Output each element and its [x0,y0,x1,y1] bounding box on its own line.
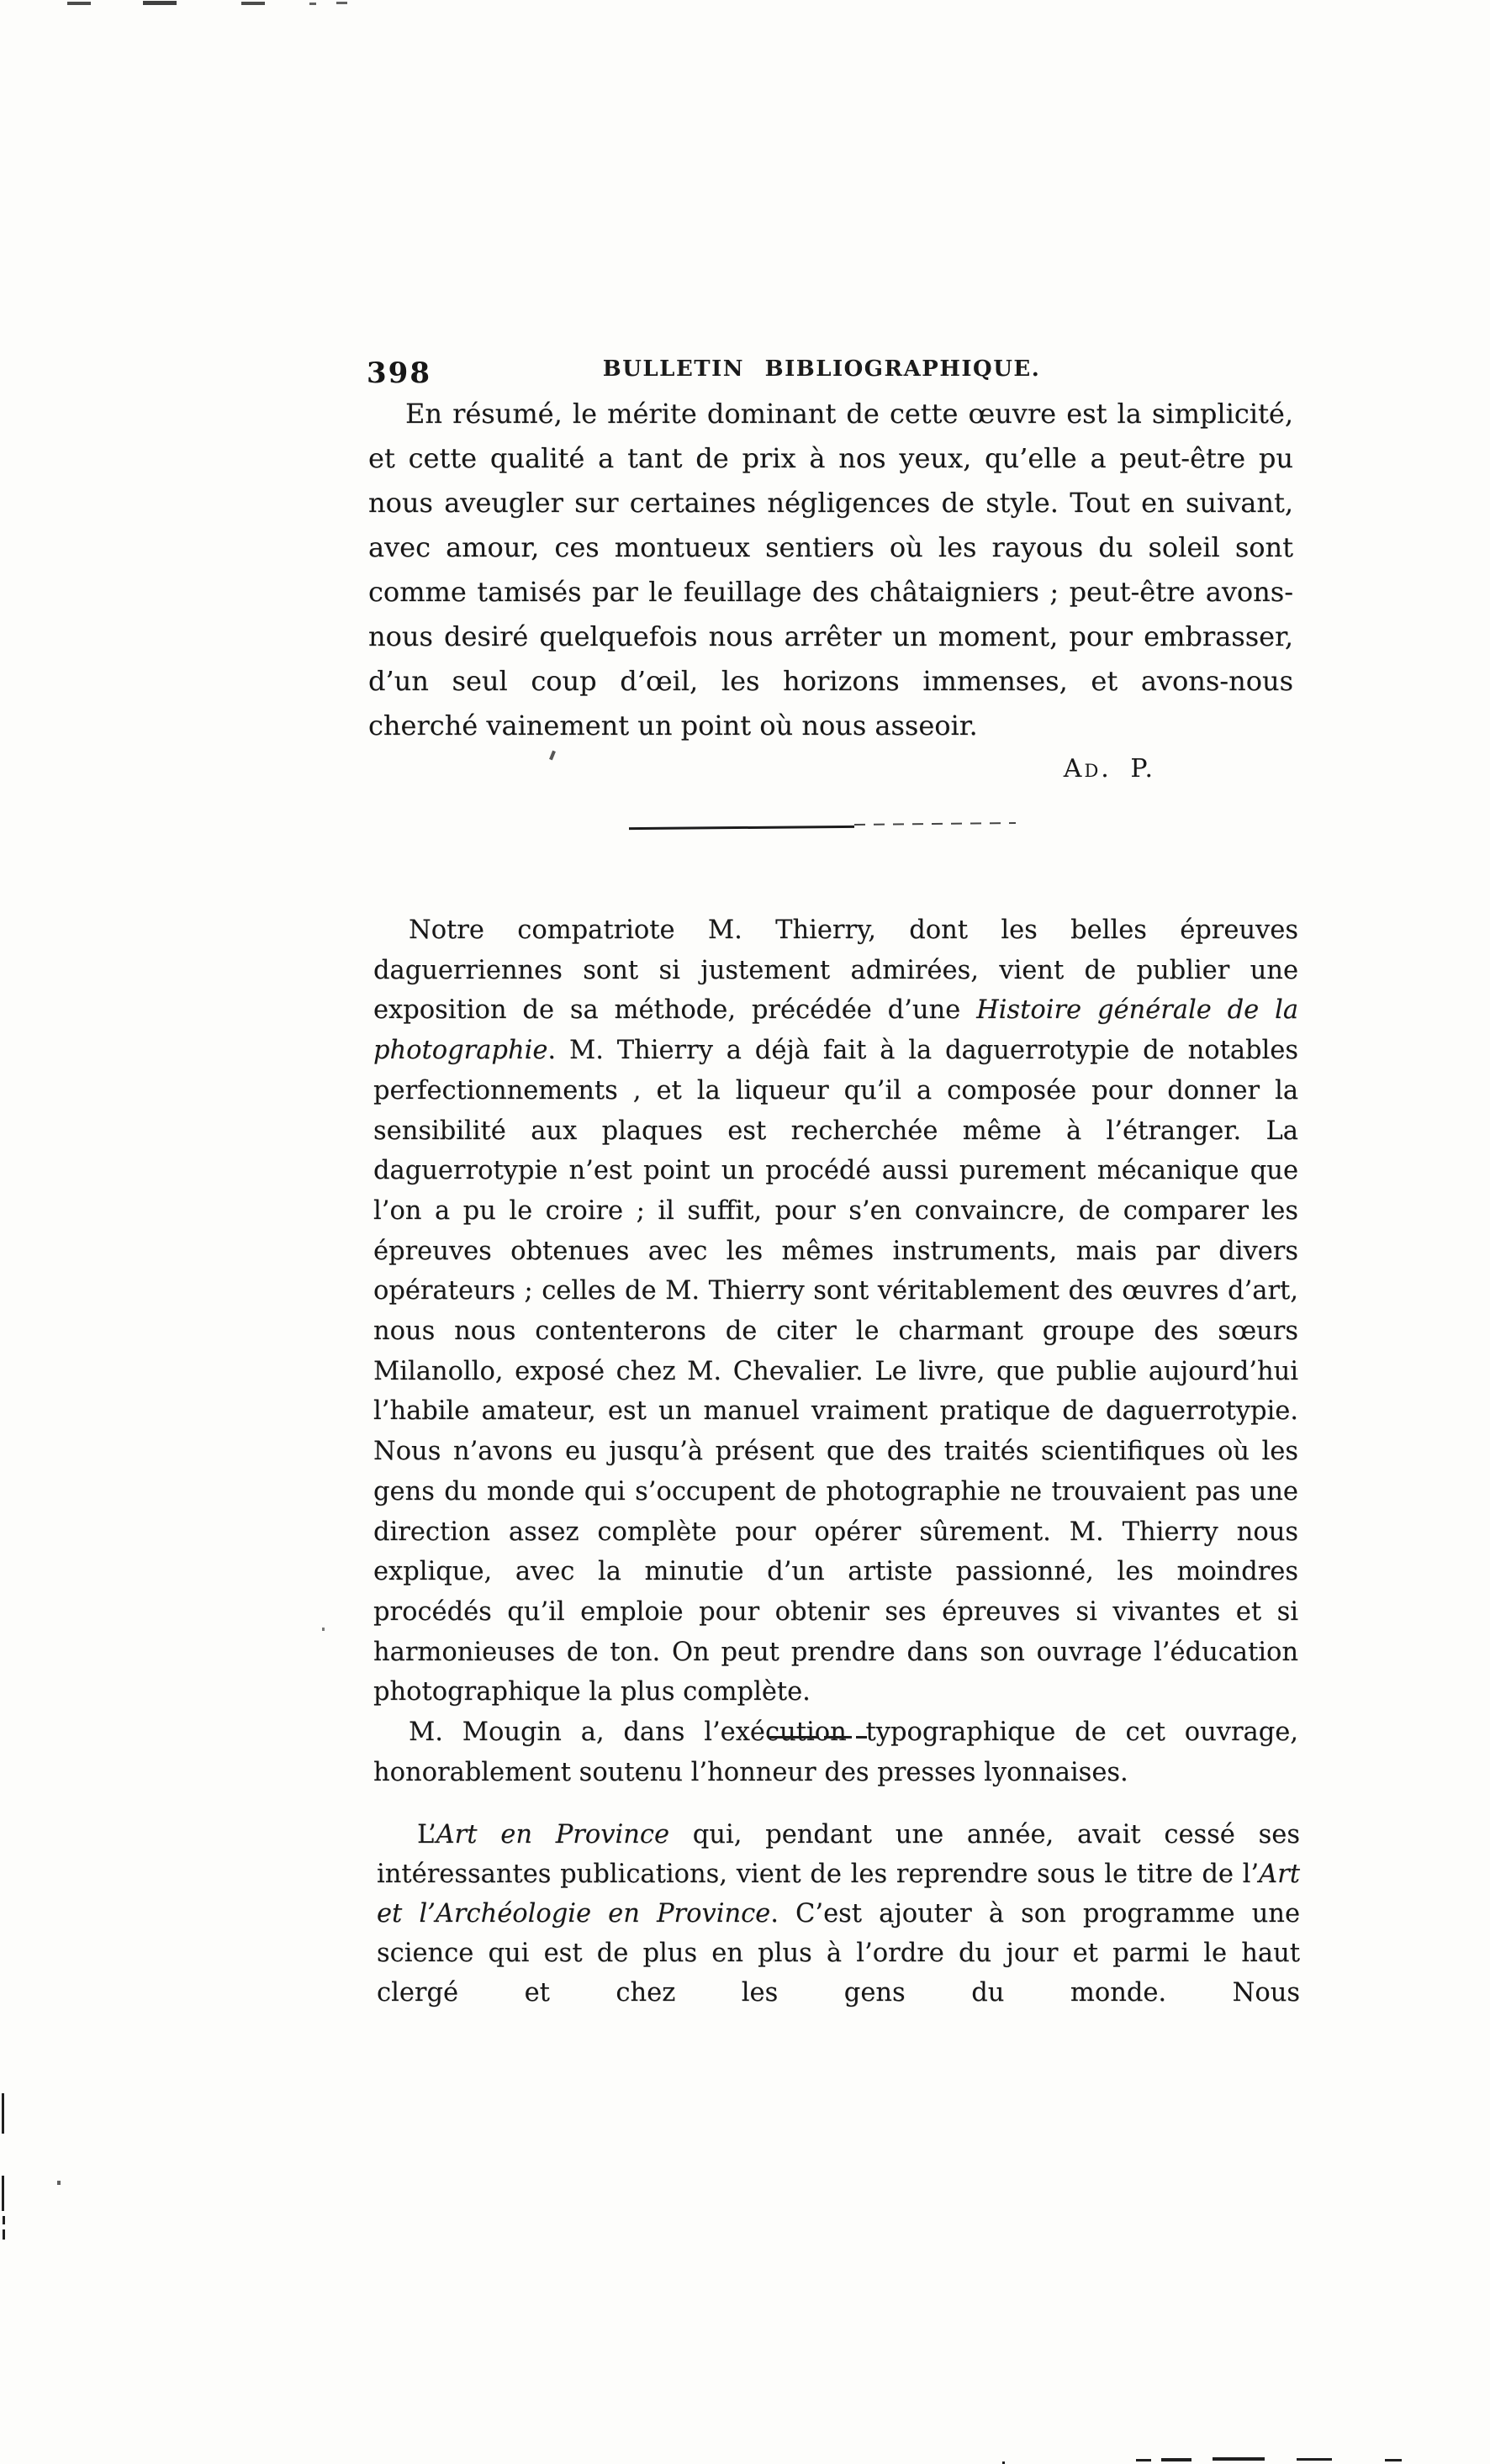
paragraph-text: Notre compatriote M. Thierry, dont les b… [373,910,1298,1712]
page-container: 398 BULLETIN BIBLIOGRAPHIQUE. En résumé,… [0,0,1490,2464]
scan-artifact-top-dash [143,1,177,5]
scan-artifact-speck [57,2181,61,2185]
scan-artifact-left-line [2,2093,4,2134]
paragraph-text: En résumé, le mérite dominant de cette œ… [368,392,1293,748]
scan-artifact-bottom-dash [1385,2459,1402,2461]
paragraph-thierry-review: Notre compatriote M. Thierry, dont les b… [373,910,1298,1792]
paragraph-text: M. Mougin a, dans l’exécution typographi… [373,1712,1298,1792]
scanned-page: { "page": { "number": "398", "header_tit… [0,0,1490,2464]
section-divider-rule-dashes [854,822,1016,826]
paragraph-art-en-province: L’Art en Province qui, pendant une année… [377,1815,1300,2013]
scan-artifact-left-dash [3,2229,5,2240]
scan-artifact-top-dash [336,2,347,4]
scan-artifact-top-dash [67,2,91,5]
scan-artifact-top-dash [241,2,265,5]
paragraph-text: L’Art en Province qui, pendant une année… [377,1815,1300,2013]
scan-artifact-speck [322,1628,325,1631]
scan-artifact-bottom-dash [1297,2458,1332,2461]
section-divider-rule [768,1736,867,1739]
author-signature: Ad. P. [368,754,1293,784]
scan-artifact-left-line [2,2176,4,2211]
scan-artifact-bottom-dash [1213,2457,1265,2461]
scan-artifact-top-dash [309,3,316,5]
running-head-title: BULLETIN BIBLIOGRAPHIQUE. [368,356,1275,382]
scan-artifact-left-dash [3,2216,5,2224]
section-divider-rule [629,826,854,830]
paragraph-review-conclusion: En résumé, le mérite dominant de cette œ… [368,392,1293,748]
scan-artifact-bottom-dash [1136,2459,1151,2461]
scan-artifact-bottom-dash [1161,2458,1191,2461]
